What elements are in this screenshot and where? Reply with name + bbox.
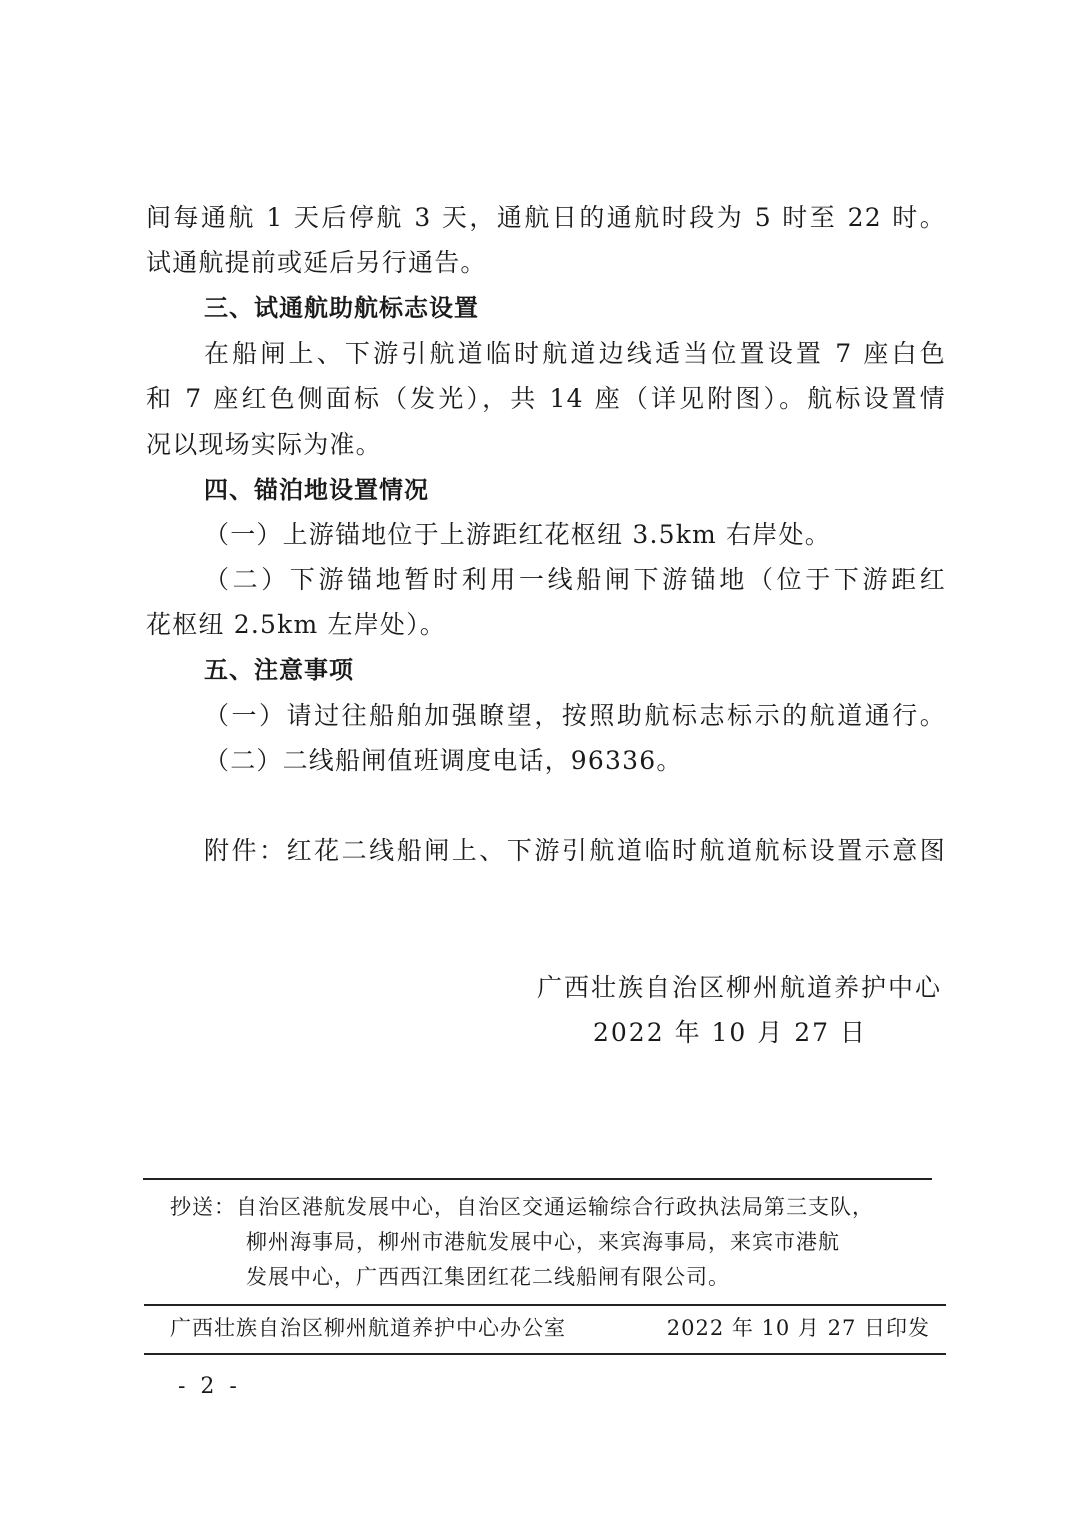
- signature-date: 2022 年 10 月 27 日: [593, 1018, 867, 1048]
- issuance-top-rule: [144, 1304, 946, 1306]
- section-5-heading: 五、注意事项: [204, 655, 946, 685]
- section-4-item-2-line-1: （二）下游锚地暂时利用一线船闸下游锚地（位于下游距红: [204, 565, 946, 595]
- section-5-item-2: （二）二线船闸值班调度电话，96336。: [204, 746, 1004, 776]
- cc-line-3: 发展中心，广西西江集团红花二线船闸有限公司。: [246, 1263, 730, 1291]
- issuance-bottom-rule: [144, 1353, 946, 1355]
- attachment-note: 附件：红花二线船闸上、下游引航道临时航道航标设置示意图: [204, 836, 946, 866]
- section-5-item-1: （一）请过往船舶加强瞭望，按照助航标志标示的航道通行。: [204, 701, 946, 731]
- paragraph-continuation-line-1: 间每通航 1 天后停航 3 天，通航日的通航时段为 5 时至 22 时。: [146, 203, 946, 233]
- cc-line-2: 柳州海事局，柳州市港航发展中心，来宾海事局，来宾市港航: [246, 1228, 840, 1256]
- paragraph-continuation-line-2: 试通航提前或延后另行通告。: [146, 248, 946, 278]
- issuance-date: 2022 年 10 月 27 日印发: [667, 1314, 930, 1342]
- cc-label: 抄送：: [170, 1193, 236, 1221]
- section-3-line-2: 和 7 座红色侧面标（发光），共 14 座（详见附图）。航标设置情: [146, 384, 946, 414]
- section-3-line-1: 在船闸上、下游引航道临时航道边线适当位置设置 7 座白色: [204, 339, 946, 369]
- issuance-office: 广西壮族自治区柳州航道养护中心办公室: [170, 1314, 566, 1342]
- section-3-line-3: 况以现场实际为准。: [146, 430, 946, 460]
- cc-line-1: 自治区港航发展中心，自治区交通运输综合行政执法局第三支队，: [236, 1193, 874, 1221]
- document-page: 间每通航 1 天后停航 3 天，通航日的通航时段为 5 时至 22 时。 试通航…: [0, 0, 1080, 1527]
- section-3-heading: 三、试通航助航标志设置: [204, 293, 946, 323]
- section-4-heading: 四、锚泊地设置情况: [204, 475, 946, 505]
- issuance-row: 广西壮族自治区柳州航道养护中心办公室 2022 年 10 月 27 日印发: [170, 1314, 930, 1342]
- signature-organization: 广西壮族自治区柳州航道养护中心: [537, 973, 942, 1003]
- section-4-item-1: （一）上游锚地位于上游距红花枢纽 3.5km 右岸处。: [204, 520, 1004, 550]
- section-4-item-2-line-2: 花枢纽 2.5km 左岸处）。: [146, 610, 946, 640]
- cc-top-rule: [143, 1178, 932, 1180]
- page-number: - 2 -: [178, 1373, 241, 1401]
